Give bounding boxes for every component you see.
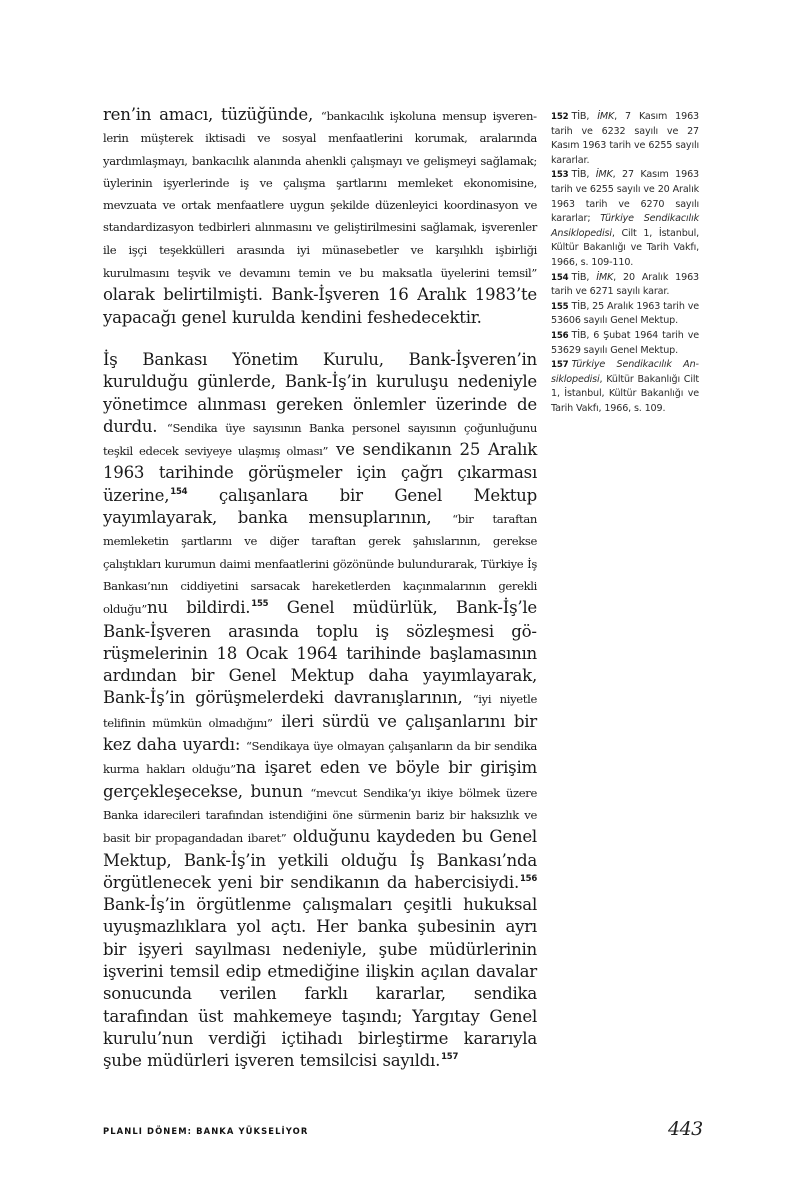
footnote-155: 155TİB, 25 Aralık 1963 ta­rih ve 53606 s…: [551, 300, 699, 329]
footnote-154: 154TİB, İMK, 20 Aralık 1963 tarih ve 627…: [551, 271, 699, 300]
footnote-italic: İMK: [596, 272, 613, 283]
text-run: Bank-İş’in örgüt­lenme çalışmaları çeşit…: [103, 895, 537, 1070]
footnote-156: 156TİB, 6 Şubat 1964 tarih ve 53629 sayı…: [551, 329, 699, 358]
text-run: nu bildirdi.: [147, 598, 250, 617]
footnote-number: 152: [551, 112, 569, 122]
footnote-number: 153: [551, 170, 569, 180]
footnote-153: 153TİB, İMK, 27 Kasım 1963 tarih ve 6255…: [551, 168, 699, 270]
footnote-text: TİB,: [572, 272, 597, 283]
running-footer-title: PLANLI DÖNEM: BANKA YÜKSELİYOR: [103, 1126, 308, 1136]
footnotes-column: 152TİB, İMK, 7 Kasım 1963 tarih ve 6232 …: [551, 110, 699, 416]
footnote-text: TİB, 6 Şubat 1964 tarih ve 53629 sayılı …: [551, 330, 699, 356]
footnote-text: TİB,: [572, 169, 596, 180]
footnote-text: TİB, 25 Aralık 1963 ta­rih ve 53606 sayı…: [551, 301, 699, 327]
footnote-text: TİB,: [572, 111, 598, 122]
footnote-number: 157: [551, 360, 569, 370]
text-run: olarak belirtilmişti. Bank-İşve­ren 16 A…: [103, 285, 537, 326]
footnote-italic: İMK: [596, 169, 613, 180]
footnote-ref-154[interactable]: 154: [170, 487, 187, 497]
footnote-number: 156: [551, 331, 569, 341]
paragraph-2: İş Bankası Yönetim Kurulu, Bank-İşveren’…: [103, 349, 537, 1073]
page-number: 443: [668, 1118, 703, 1140]
main-text-column: ren’in amacı, tüzüğünde, “bankacılık işk…: [103, 104, 537, 1072]
footnote-number: 154: [551, 273, 569, 283]
footnote-152: 152TİB, İMK, 7 Kasım 1963 tarih ve 6232 …: [551, 110, 699, 168]
quotation: “bankacılık işkoluna mensup işveren­leri…: [103, 109, 537, 280]
text-run: ren’in amacı, tüzüğünde,: [103, 105, 321, 124]
footnote-ref-155[interactable]: 155: [251, 599, 268, 609]
footnote-ref-156[interactable]: 156: [520, 874, 537, 884]
footnote-italic: İMK: [597, 111, 614, 122]
paragraph-1: ren’in amacı, tüzüğünde, “bankacılık işk…: [103, 104, 537, 329]
footnote-number: 155: [551, 302, 569, 312]
footnote-ref-157[interactable]: 157: [441, 1052, 458, 1062]
footnote-157: 157Türkiye Sendikacılık An­siklopedisi, …: [551, 358, 699, 416]
